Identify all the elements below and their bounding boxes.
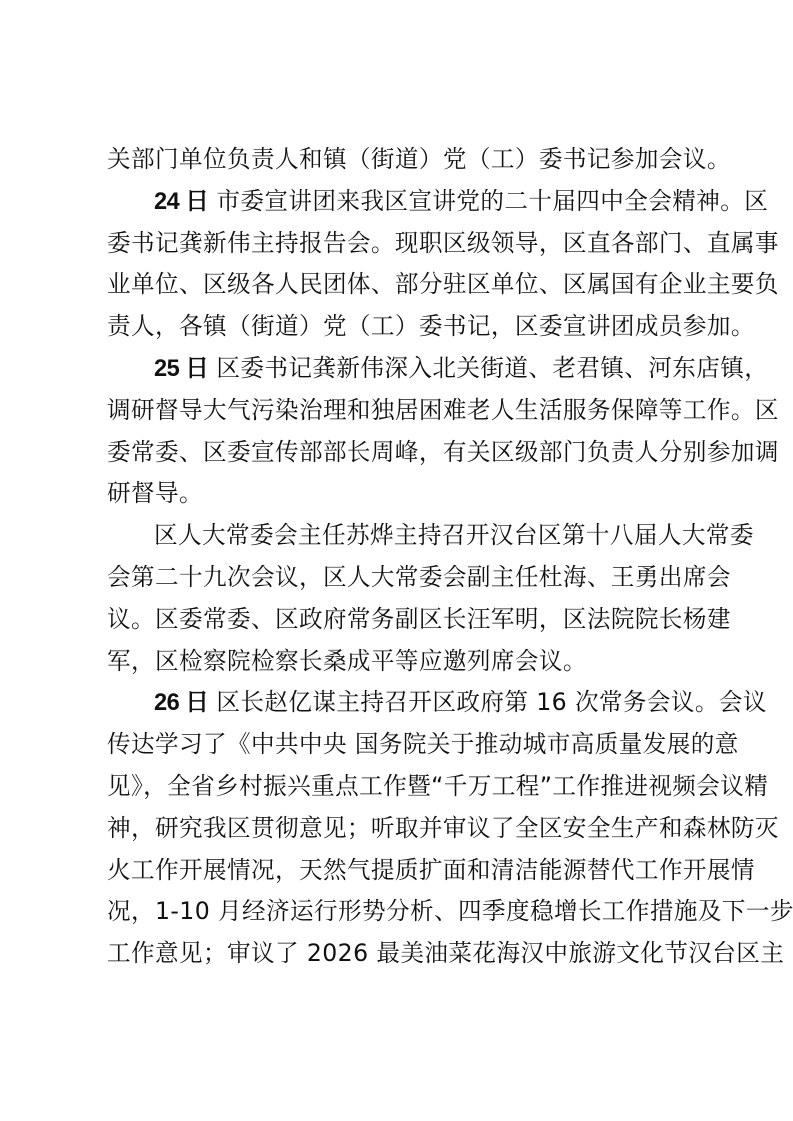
line-text: 区长赵亿谋主持召开区政府第 16 次常务会议。会议 — [216, 688, 767, 716]
text-line-4: 业单位、区级各人民团体、部分驻区单位、区属国有企业主要负 — [107, 264, 693, 306]
text-line-1: 关部门单位负责人和镇（街道）党（工）委书记参加会议。 — [107, 139, 693, 181]
line-text: 研督导。 — [107, 479, 203, 507]
line-text: 工作意见；审议了 2026 最美油菜花海汉中旅游文化节汉台区主 — [107, 939, 784, 967]
line-text: 关部门单位负责人和镇（街道）党（工）委书记参加会议。 — [107, 145, 731, 173]
text-line-14: 26 日区长赵亿谋主持召开区政府第 16 次常务会议。会议 — [107, 682, 693, 724]
line-text: 况，1-10 月经济运行形势分析、四季度稳增长工作措施及下一步 — [107, 897, 793, 925]
text-line-11: 会第二十九次会议，区人大常委会副主任杜海、王勇出席会 — [107, 557, 693, 599]
line-text: 传达学习了《中共中央 国务院关于推动城市高质量发展的意 — [107, 730, 739, 758]
line-text: 委常委、区委宣传部部长周峰，有关区级部门负责人分别参加调 — [107, 438, 779, 466]
text-line-12: 议。区委常委、区政府常务副区长汪军明，区法院院长杨建 — [107, 599, 693, 641]
date-label-26: 26 日 — [154, 690, 208, 716]
line-text: 调研督导大气污染治理和独居困难老人生活服务保障等工作。区 — [107, 396, 779, 424]
line-text: 议。区委常委、区政府常务副区长汪军明，区法院院长杨建 — [107, 605, 731, 633]
line-text: 见》，全省乡村振兴重点工作暨“千万工程”工作推进视频会议精 — [107, 772, 768, 800]
line-text: 业单位、区级各人民团体、部分驻区单位、区属国有企业主要负 — [107, 270, 779, 298]
text-line-7: 调研督导大气污染治理和独居困难老人生活服务保障等工作。区 — [107, 390, 693, 432]
text-line-9: 研督导。 — [107, 473, 693, 515]
line-text: 火工作开展情况，天然气提质扩面和清洁能源替代工作开展情 — [107, 856, 755, 884]
text-line-17: 神，研究我区贯彻意见；听取并审议了全区安全生产和森林防灭 — [107, 808, 693, 850]
text-line-5: 责人，各镇（街道）党（工）委书记，区委宣讲团成员参加。 — [107, 306, 693, 348]
line-text: 军，区检察院检察长桑成平等应邀列席会议。 — [107, 647, 587, 675]
text-line-19: 况，1-10 月经济运行形势分析、四季度稳增长工作措施及下一步 — [107, 891, 693, 933]
line-text: 委书记龚新伟主持报告会。现职区级领导，区直各部门、直属事 — [107, 229, 779, 257]
date-label-24: 24 日 — [154, 189, 208, 215]
text-line-6: 25 日区委书记龚新伟深入北关街道、老君镇、河东店镇， — [107, 348, 693, 390]
text-line-20: 工作意见；审议了 2026 最美油菜花海汉中旅游文化节汉台区主 — [107, 933, 693, 975]
line-text: 市委宣讲团来我区宣讲党的二十届四中全会精神。区 — [216, 187, 768, 215]
text-line-18: 火工作开展情况，天然气提质扩面和清洁能源替代工作开展情 — [107, 850, 693, 892]
text-line-2: 24 日市委宣讲团来我区宣讲党的二十届四中全会精神。区 — [107, 181, 693, 223]
line-text: 区人大常委会主任苏烨主持召开汉台区第十八届人大常委 — [154, 521, 754, 549]
text-line-13: 军，区检察院检察长桑成平等应邀列席会议。 — [107, 641, 693, 683]
text-line-15: 传达学习了《中共中央 国务院关于推动城市高质量发展的意 — [107, 724, 693, 766]
line-text: 责人，各镇（街道）党（工）委书记，区委宣讲团成员参加。 — [107, 312, 755, 340]
line-text: 神，研究我区贯彻意见；听取并审议了全区安全生产和森林防灭 — [107, 814, 779, 842]
date-label-25: 25 日 — [154, 356, 208, 382]
text-line-16: 见》，全省乡村振兴重点工作暨“千万工程”工作推进视频会议精 — [107, 766, 693, 808]
document-page: 关部门单位负责人和镇（街道）党（工）委书记参加会议。 24 日市委宣讲团来我区宣… — [107, 139, 693, 975]
text-line-8: 委常委、区委宣传部部长周峰，有关区级部门负责人分别参加调 — [107, 432, 693, 474]
line-text: 会第二十九次会议，区人大常委会副主任杜海、王勇出席会 — [107, 563, 731, 591]
text-line-3: 委书记龚新伟主持报告会。现职区级领导，区直各部门、直属事 — [107, 223, 693, 265]
line-text: 区委书记龚新伟深入北关街道、老君镇、河东店镇， — [216, 354, 768, 382]
text-line-10: 区人大常委会主任苏烨主持召开汉台区第十八届人大常委 — [107, 515, 693, 557]
